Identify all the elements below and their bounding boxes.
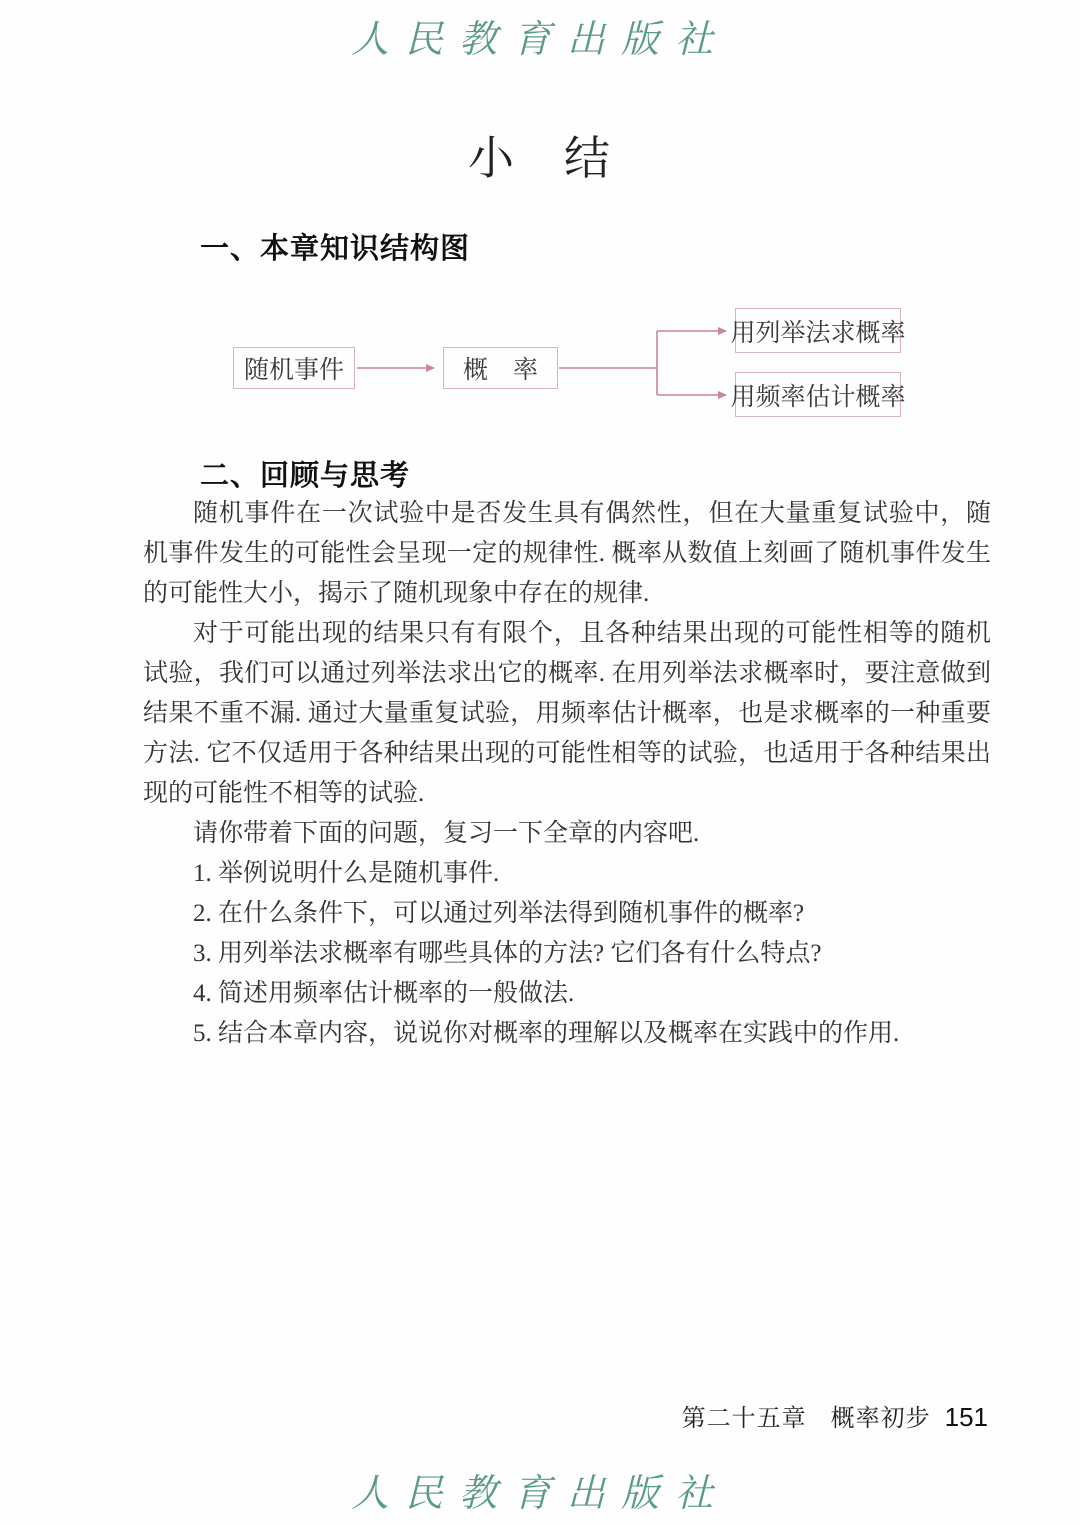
publisher-watermark-top: 人民教育出版社	[0, 8, 1080, 63]
page-footer: 第二十五章 概率初步 151	[682, 1398, 988, 1433]
footer-chapter-title: 概率初步	[831, 1398, 931, 1433]
paragraph-review-prompt: 请你带着下面的问题，复习一下全章的内容吧.	[143, 814, 991, 854]
review-question-2: 2. 在什么条件下，可以通过列举法得到随机事件的概率?	[143, 894, 991, 934]
footer-page-number: 151	[945, 1402, 988, 1433]
section-heading-review-and-reflect: 二、回顾与思考	[200, 453, 410, 494]
review-question-3: 3. 用列举法求概率有哪些具体的方法? 它们各有什么特点?	[143, 934, 991, 974]
footer-chapter-label: 第二十五章	[682, 1398, 807, 1433]
publisher-watermark-bottom: 人民教育出版社	[0, 1462, 1080, 1517]
paragraph-methods: 对于可能出现的结果只有有限个，且各种结果出现的可能性相等的随机试验，我们可以通过…	[143, 614, 991, 814]
knowledge-structure-diagram: 随机事件 概 率 用列举法求概率 用频率估计概率	[0, 300, 1080, 430]
review-body-text: 随机事件在一次试验中是否发生具有偶然性，但在大量重复试验中，随机事件发生的可能性…	[143, 494, 991, 1054]
review-question-1: 1. 举例说明什么是随机事件.	[143, 854, 991, 894]
diagram-node-probability: 概 率	[443, 347, 558, 389]
review-question-5: 5. 结合本章内容，说说你对概率的理解以及概率在实践中的作用.	[143, 1014, 991, 1054]
review-question-4: 4. 简述用频率估计概率的一般做法.	[143, 974, 991, 1014]
page-title: 小 结	[0, 122, 1080, 188]
paragraph-randomness: 随机事件在一次试验中是否发生具有偶然性，但在大量重复试验中，随机事件发生的可能性…	[143, 494, 991, 614]
diagram-node-random-event: 随机事件	[233, 347, 355, 389]
section-heading-knowledge-structure: 一、本章知识结构图	[200, 226, 470, 267]
diagram-node-frequency-estimate: 用频率估计概率	[735, 372, 901, 417]
diagram-node-enumeration-method: 用列举法求概率	[735, 308, 901, 353]
textbook-page: 人民教育出版社 小 结 一、本章知识结构图 随机事件 概 率 用列举法求概率 用…	[0, 0, 1080, 1526]
